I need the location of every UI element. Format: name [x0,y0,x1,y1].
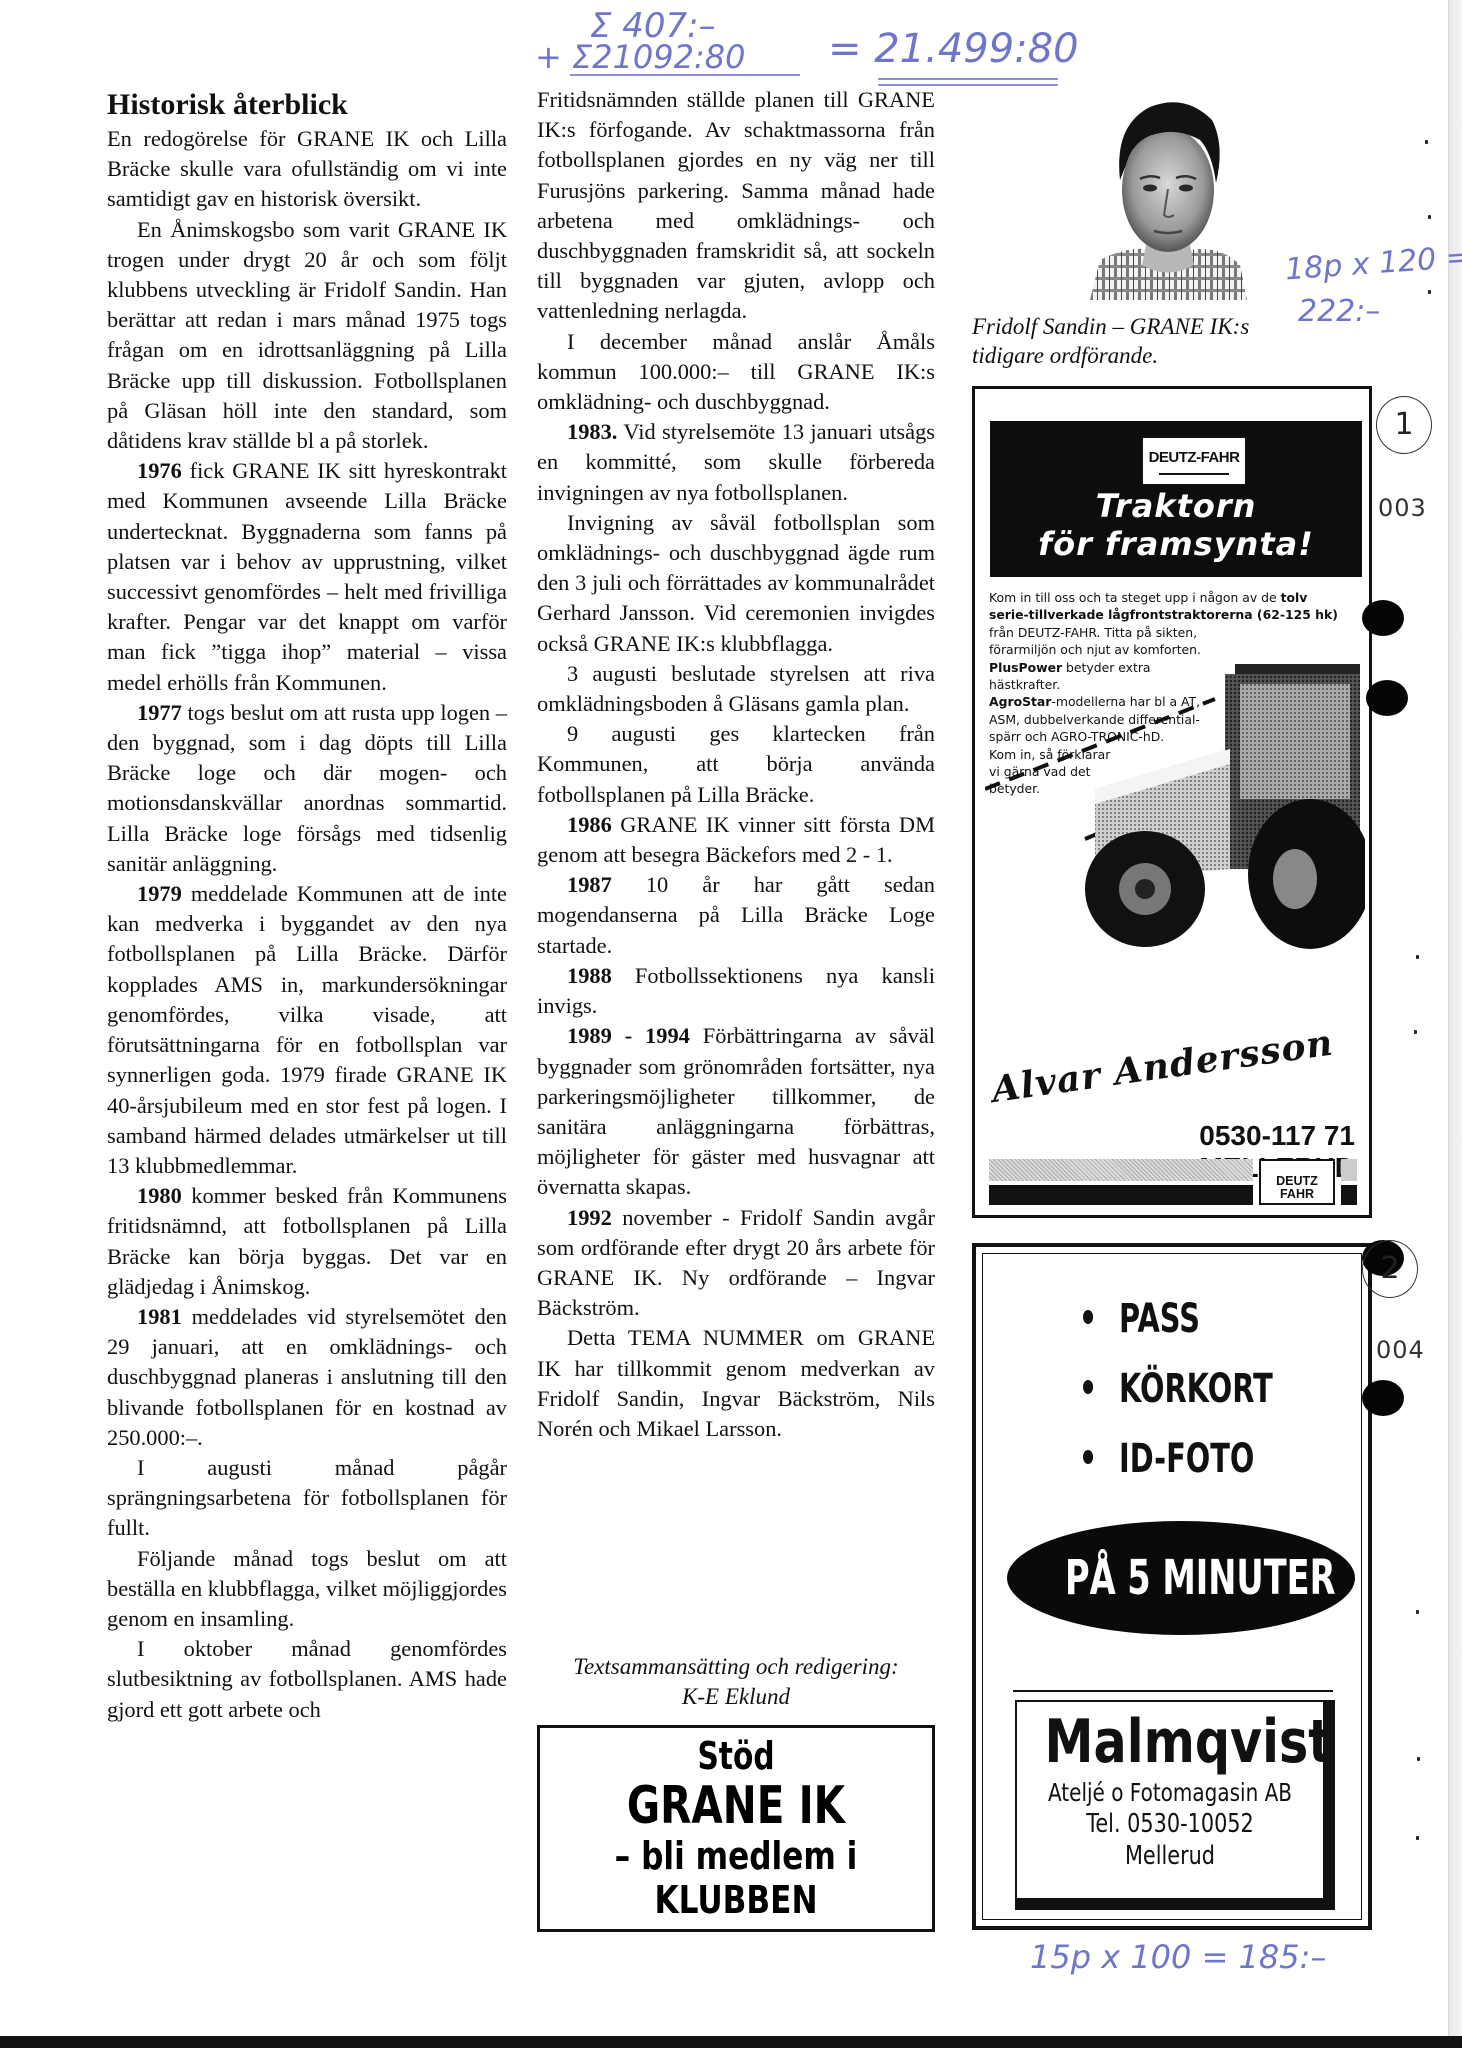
punch-hole [1362,1380,1404,1416]
tractor-illustration [985,639,1365,949]
deutz-headline: Traktorn för framsynta! [990,487,1362,563]
deutz-footer-strip: DEUTZ FAHR [989,1159,1361,1207]
handwritten-photo-price2: 222:– [1298,294,1380,329]
scan-speck [1425,140,1428,144]
margin-circle-1: 1 [1376,396,1432,454]
article-paragraph: Detta TEMA NUMMER om GRANE IK har tillko… [537,1323,935,1444]
scan-speck [1416,1836,1419,1840]
ad-body-text: från DEUTZ-FAHR. Titta på sikten, [989,625,1197,640]
punch-hole [1362,600,1404,636]
credits-label: Textsammansätting och redigering: [537,1652,935,1682]
dealer-phone: 0530-117 71 [1199,1121,1355,1151]
article-paragraph: En redogörelse för GRANE IK och Lilla Br… [107,124,507,215]
paragraph-text: 3 augusti beslutade styrelsen att riva o… [537,661,935,716]
paragraph-text: fick GRANE IK sitt hyreskontrakt med Kom… [107,458,507,694]
scan-speck [1428,290,1431,294]
paragraph-text: En redogörelse för GRANE IK och Lilla Br… [107,126,507,211]
scan-speck [1414,1030,1417,1034]
support-line3: – bli medlem i [575,1834,896,1878]
paragraph-text: meddelade Kommunen att de inte kan medve… [107,881,507,1178]
article-paragraph: 1981 meddelades vid styrelsemötet den 29… [107,1302,507,1453]
bullet-icon [1083,1450,1093,1464]
handwritten-photo-price1: 18p x 120 = [1284,240,1462,288]
handwritten-sum-line2: + Σ21092:80 [535,38,746,76]
article-paragraph: Fritidsnämnden ställde planen till GRANE… [537,85,935,327]
paragraph-year: 1981 [137,1304,182,1329]
ad-body-bold: serie-tillverkade lågfrontstraktorerna (… [989,607,1338,622]
deutz-fahr-logo: DEUTZ-FAHR [1141,436,1247,486]
caption-line2: tidigare ordförande. [972,341,1332,370]
left-paragraphs: En redogörelse för GRANE IK och Lilla Br… [107,124,507,1725]
article-paragraph: I december månad anslår Åmåls kommun 100… [537,327,935,418]
service-item: PASS [1083,1284,1273,1354]
paragraph-text: I oktober månad genomfördes slutbesiktni… [107,1636,507,1721]
article-middle-column: Fritidsnämnden ställde planen till GRANE… [537,85,935,1444]
article-paragraph: 1992 november - Fridolf Sandin avgår som… [537,1203,935,1324]
divider [1013,1690,1333,1692]
scan-speck [1417,1757,1420,1761]
deutz-banner: DEUTZ-FAHR Traktorn för framsynta! [990,421,1362,577]
dealer-name: Alvar Andersson [989,1039,1359,1129]
deutz-fahr-advertisement: DEUTZ-FAHR Traktorn för framsynta! Kom i… [972,386,1372,1218]
handwritten-underline [570,74,800,76]
paragraph-year: 1988 [567,963,612,988]
paragraph-year: 1987 [567,872,612,897]
small-logo-line2: FAHR [1261,1188,1333,1201]
support-club-box: Stöd GRANE IK – bli medlem i KLUBBEN [537,1725,935,1932]
paragraph-year: 1976 [137,458,182,483]
ad-body-line: serie-tillverkade lågfrontstraktorerna (… [989,606,1369,623]
paragraph-text: Förbättringarna av såväl byggnader som g… [537,1023,935,1199]
scan-speck [1416,955,1419,959]
article-paragraph: 1976 fick GRANE IK sitt hyreskontrakt me… [107,456,507,698]
support-club-name: GRANE IK [583,1778,889,1834]
punch-hole [1366,680,1408,716]
handwritten-ad-price: 15p x 100 = 185:– [1030,1938,1326,1976]
deutz-headline-line1: Traktorn [990,487,1362,525]
paragraph-text: I augusti månad pågår sprängningsarbeten… [107,1455,507,1540]
strip-black-bar-end [1341,1185,1357,1205]
article-paragraph: 1988 Fotbollssektionens nya kansli invig… [537,961,935,1021]
strip-gray-bar-end [1341,1159,1357,1181]
malmqvist-inner-border: PASS KÖRKORT ID-FOTO PÅ 5 MINUTER Malmqv… [982,1253,1362,1920]
malmqvist-city: Mellerud [1048,1840,1293,1872]
paragraph-text: Fritidsnämnden ställde planen till GRANE… [537,87,935,323]
article-left-column: Historisk återblick En redogörelse för G… [107,86,507,1725]
article-paragraph: 1987 10 år har gått sedan mogendanserna … [537,870,935,961]
margin-code-003: 003 [1378,494,1427,522]
malmqvist-logo-box: Malmqvist Ateljé o Fotomagasin AB Tel. 0… [1015,1700,1335,1910]
support-line4: KLUBBEN [575,1878,896,1922]
article-paragraph: 1977 togs beslut om att rusta upp logen … [107,698,507,879]
article-paragraph: Följande månad togs beslut om att bestäl… [107,1544,507,1635]
malmqvist-phone: Tel. 0530-10052 [1048,1808,1293,1840]
malmqvist-advertisement: PASS KÖRKORT ID-FOTO PÅ 5 MINUTER Malmqv… [972,1243,1372,1930]
paragraph-year: 1979 [137,881,182,906]
deutz-headline-line2: för framsynta! [990,525,1362,563]
page-edge [1448,0,1462,2048]
handwritten-total-underline1 [878,78,1058,80]
paragraph-year: 1989 - 1994 [567,1023,690,1048]
strip-black-bar [989,1185,1253,1205]
scan-speck [1428,215,1431,219]
paragraph-year: 1980 [137,1183,182,1208]
caption-line1: Fridolf Sandin – GRANE IK:s [972,312,1332,341]
paragraph-text: togs beslut om att rusta upp logen – den… [107,700,507,876]
service-item: KÖRKORT [1083,1354,1273,1424]
malmqvist-subtitle: Ateljé o Fotomagasin AB [1048,1778,1293,1808]
article-paragraph: 1979 meddelade Kommunen att de inte kan … [107,879,507,1181]
paragraph-text: Invigning av såväl fotbollsplan som omkl… [537,510,935,656]
page-bottom-edge [0,2036,1462,2048]
support-line1: Stöd [583,1734,889,1778]
credits-author: K-E Eklund [537,1682,935,1712]
article-paragraph: 3 augusti beslutade styrelsen att riva o… [537,659,935,719]
scan-speck [1416,1610,1419,1614]
bullet-icon [1083,1380,1093,1394]
service-item: ID-FOTO [1083,1424,1273,1494]
article-paragraph: 1983. Vid styrelsemöte 13 januari utsågs… [537,417,935,508]
ad-body-bold: tolv [1281,590,1308,605]
bullet-icon [1083,1310,1093,1324]
paragraph-text: I december månad anslår Åmåls kommun 100… [537,329,935,414]
paragraph-year: 1992 [567,1205,612,1230]
portrait-illustration [1090,85,1247,300]
article-paragraph: I oktober månad genomfördes slutbesiktni… [107,1634,507,1725]
ad-body-line: Kom in till oss och ta steget upp i någo… [989,589,1369,606]
article-credits: Textsammansätting och redigering: K-E Ek… [537,1652,935,1712]
portrait-photo [1090,85,1247,300]
article-paragraph: En Ånimskogsbo som varit GRANE IK trogen… [107,215,507,457]
article-paragraph: 9 augusti ges klartecken från Kommunen, … [537,719,935,810]
paragraph-year: 1986 [567,812,612,837]
article-paragraph: 1980 kommer besked från Kommunens fritid… [107,1181,507,1302]
strip-gray-bar [989,1159,1253,1181]
paragraph-text: 9 augusti ges klartecken från Kommunen, … [537,721,935,806]
article-paragraph: 1989 - 1994 Förbättringarna av såväl byg… [537,1021,935,1202]
paragraph-text: En Ånimskogsbo som varit GRANE IK trogen… [107,217,507,453]
paragraph-year: 1977 [137,700,182,725]
five-minutes-oval: PÅ 5 MINUTER [1007,1521,1355,1635]
margin-circle-2: 2 [1362,1240,1418,1298]
handwritten-total: = 21.499:80 [828,26,1079,72]
malmqvist-name: Malmqvist [1045,1706,1296,1778]
services-list: PASS KÖRKORT ID-FOTO [1083,1284,1347,1494]
paragraph-text: Följande månad togs beslut om att bestäl… [107,1546,507,1631]
photo-caption: Fridolf Sandin – GRANE IK:s tidigare ord… [972,312,1332,370]
margin-code-004: 004 [1376,1336,1425,1364]
middle-paragraphs: Fritidsnämnden ställde planen till GRANE… [537,85,935,1444]
article-heading: Historisk återblick [107,86,507,124]
article-paragraph: I augusti månad pågår sprängningsarbeten… [107,1453,507,1544]
deutz-fahr-small-logo: DEUTZ FAHR [1259,1159,1335,1205]
paragraph-text: Detta TEMA NUMMER om GRANE IK har tillko… [537,1325,935,1441]
article-paragraph: 1986 GRANE IK vinner sitt första DM geno… [537,810,935,870]
article-paragraph: Invigning av såväl fotbollsplan som omkl… [537,508,935,659]
paragraph-year: 1983. [567,419,617,444]
ad-body-text: Kom in till oss och ta steget upp i någo… [989,590,1281,605]
